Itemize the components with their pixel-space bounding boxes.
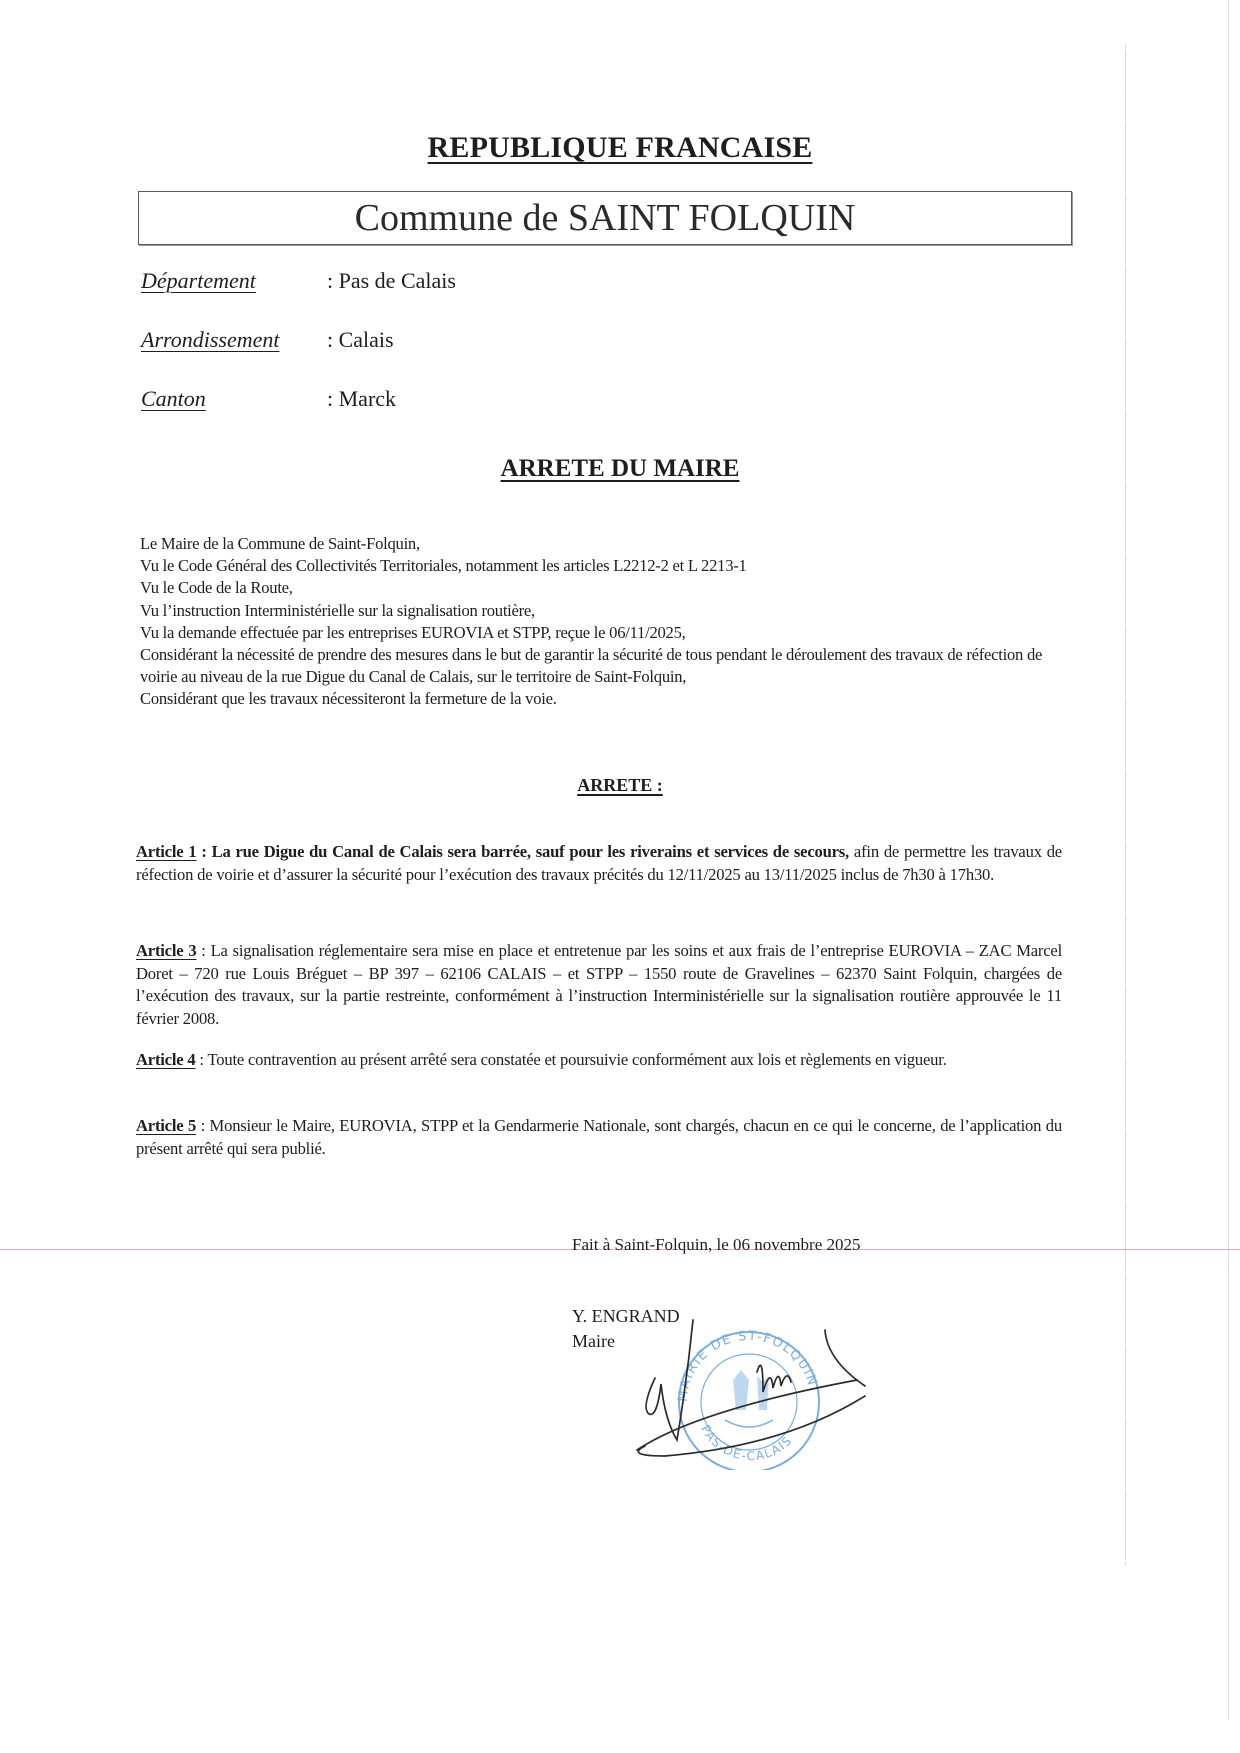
official-stamp-icon: MAIRIE DE ST-FOLQUIN PAS-DE-CALAIS bbox=[676, 1329, 820, 1470]
article-5: Article 5 : Monsieur le Maire, EUROVIA, … bbox=[136, 1115, 1062, 1160]
article-1: Article 1 : La rue Digue du Canal de Cal… bbox=[136, 841, 1062, 886]
document-page: REPUBLIQUE FRANCAISE Commune de SAINT FO… bbox=[0, 0, 1240, 1753]
preamble-line: Considérant la nécessité de prendre des … bbox=[140, 644, 1070, 688]
decree-title: ARRETE DU MAIRE bbox=[0, 455, 1240, 483]
info-value: : Pas de Calais bbox=[327, 268, 456, 294]
info-label: Arrondissement bbox=[141, 327, 280, 353]
article-text: Toute contravention au présent arrêté se… bbox=[208, 1050, 947, 1069]
arrete-heading-text: ARRETE : bbox=[577, 775, 663, 795]
info-value: : Marck bbox=[327, 386, 396, 412]
preamble-line: Le Maire de la Commune de Saint-Folquin, bbox=[140, 533, 1070, 555]
article-text: La signalisation réglementaire sera mise… bbox=[136, 941, 1062, 1028]
arrete-heading: ARRETE : bbox=[0, 775, 1240, 796]
preamble-line: Vu le Code Général des Collectivités Ter… bbox=[140, 555, 1070, 577]
info-label: Département bbox=[141, 268, 256, 294]
republic-heading-text: REPUBLIQUE FRANCAISE bbox=[428, 131, 813, 164]
decree-title-text: ARRETE DU MAIRE bbox=[501, 455, 740, 482]
stamp-and-signature: MAIRIE DE ST-FOLQUIN PAS-DE-CALAIS bbox=[625, 1310, 885, 1470]
preamble-line: Considérant que les travaux nécessiteron… bbox=[140, 688, 1070, 710]
preamble-line: Vu la demande effectuée par les entrepri… bbox=[140, 622, 1070, 644]
place-and-date: Fait à Saint-Folquin, le 06 novembre 202… bbox=[572, 1235, 861, 1255]
article-separator: : bbox=[195, 1050, 207, 1069]
article-3: Article 3 : La signalisation réglementai… bbox=[136, 940, 1062, 1030]
info-value: : Calais bbox=[327, 327, 394, 353]
article-label: Article 4 bbox=[136, 1050, 195, 1069]
commune-title: Commune de SAINT FOLQUIN bbox=[139, 196, 1071, 240]
article-separator: : bbox=[196, 941, 210, 960]
commune-box: Commune de SAINT FOLQUIN bbox=[138, 191, 1072, 245]
preamble-line: Vu l’instruction Interministérielle sur … bbox=[140, 600, 1070, 622]
republic-heading: REPUBLIQUE FRANCAISE bbox=[0, 131, 1240, 165]
article-separator: : bbox=[196, 842, 211, 861]
article-label: Article 3 bbox=[136, 941, 196, 960]
article-text: Monsieur le Maire, EUROVIA, STPP et la G… bbox=[136, 1116, 1062, 1158]
article-4: Article 4 : Toute contravention au prése… bbox=[136, 1049, 1062, 1072]
article-label: Article 5 bbox=[136, 1116, 196, 1135]
preamble-line: Vu le Code de la Route, bbox=[140, 577, 1070, 599]
signer-title: Maire bbox=[572, 1331, 615, 1352]
scan-artifact-edge bbox=[1228, 0, 1229, 1720]
article-separator: : bbox=[196, 1116, 209, 1135]
scan-artifact-line bbox=[1125, 45, 1126, 1565]
article-label: Article 1 bbox=[136, 842, 196, 861]
info-label: Canton bbox=[141, 386, 206, 412]
article-bold-text: La rue Digue du Canal de Calais sera bar… bbox=[212, 842, 849, 861]
preamble: Le Maire de la Commune de Saint-Folquin,… bbox=[140, 533, 1070, 711]
